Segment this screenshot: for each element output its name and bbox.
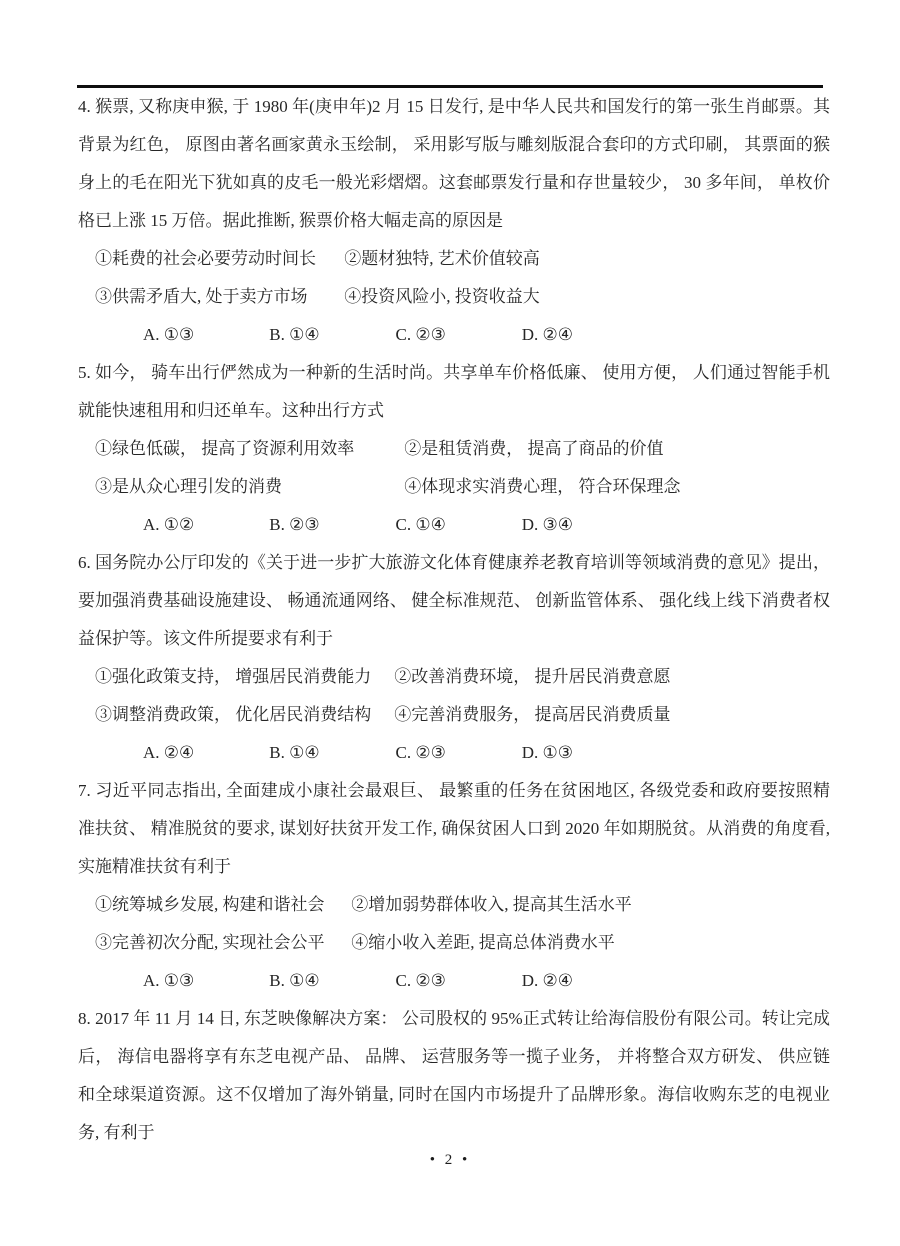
option-1: ①耗费的社会必要劳动时间长 [95, 240, 340, 278]
option-row: ③供需矛盾大, 处于卖方市场 ④投资风险小, 投资收益大 [78, 278, 830, 316]
page-number: • 2 • [0, 1152, 900, 1169]
option-row: ①统筹城乡发展, 构建和谐社会 ②增加弱势群体收入, 提高其生活水平 [78, 886, 830, 924]
answer-choice-b: B. ①④ [269, 316, 391, 354]
answer-row: A. ①② B. ②③ C. ①④ D. ③④ [78, 506, 830, 544]
page-body: 4. 猴票, 又称庚申猴, 于 1980 年(庚申年)2 月 15 日发行, 是… [78, 88, 830, 1152]
answer-choice-a: A. ①③ [143, 316, 265, 354]
answer-choice-b: B. ①④ [269, 734, 391, 772]
answer-choice-c: C. ②③ [396, 962, 518, 1000]
option-1: ①统筹城乡发展, 构建和谐社会 [95, 886, 347, 924]
option-3: ③完善初次分配, 实现社会公平 [95, 924, 347, 962]
option-row: ①耗费的社会必要劳动时间长 ②题材独特, 艺术价值较高 [78, 240, 830, 278]
option-4: ④完善消费服务， 提高居民消费质量 [394, 705, 670, 724]
exam-paper-page: 4. 猴票, 又称庚申猴, 于 1980 年(庚申年)2 月 15 日发行, 是… [0, 0, 900, 1246]
answer-choice-b: B. ①④ [269, 962, 391, 1000]
option-2: ②增加弱势群体收入, 提高其生活水平 [351, 895, 632, 914]
option-row: ①强化政策支持， 增强居民消费能力 ②改善消费环境， 提升居民消费意愿 [78, 658, 830, 696]
answer-row: A. ②④ B. ①④ C. ②③ D. ①③ [78, 734, 830, 772]
answer-row: A. ①③ B. ①④ C. ②③ D. ②④ [78, 316, 830, 354]
question-stem: 5. 如今， 骑车出行俨然成为一种新的生活时尚。共享单车价格低廉、 使用方便， … [78, 354, 830, 430]
question-stem: 4. 猴票, 又称庚申猴, 于 1980 年(庚申年)2 月 15 日发行, 是… [78, 88, 830, 240]
option-3: ③供需矛盾大, 处于卖方市场 [95, 278, 340, 316]
answer-choice-b: B. ②③ [269, 506, 391, 544]
answer-choice-c: C. ②③ [396, 734, 518, 772]
question-stem: 8. 2017 年 11 月 14 日, 东芝映像解决方案： 公司股权的 95%… [78, 1000, 830, 1152]
question-4: 4. 猴票, 又称庚申猴, 于 1980 年(庚申年)2 月 15 日发行, 是… [78, 88, 830, 354]
answer-choice-d: D. ②④ [522, 962, 644, 1000]
option-1: ①绿色低碳， 提高了资源利用效率 [95, 430, 400, 468]
question-6: 6. 国务院办公厅印发的《关于进一步扩大旅游文化体育健康养老教育培训等领域消费的… [78, 544, 830, 772]
option-2: ②是租赁消费， 提高了商品的价值 [404, 439, 663, 458]
option-1: ①强化政策支持， 增强居民消费能力 [95, 658, 390, 696]
answer-choice-a: A. ①② [143, 506, 265, 544]
answer-choice-d: D. ①③ [522, 734, 644, 772]
answer-choice-c: C. ①④ [396, 506, 518, 544]
question-stem: 6. 国务院办公厅印发的《关于进一步扩大旅游文化体育健康养老教育培训等领域消费的… [78, 544, 830, 658]
option-3: ③调整消费政策， 优化居民消费结构 [95, 696, 390, 734]
question-5: 5. 如今， 骑车出行俨然成为一种新的生活时尚。共享单车价格低廉、 使用方便， … [78, 354, 830, 544]
option-4: ④缩小收入差距, 提高总体消费水平 [351, 933, 615, 952]
option-row: ③调整消费政策， 优化居民消费结构 ④完善消费服务， 提高居民消费质量 [78, 696, 830, 734]
option-4: ④体现求实消费心理， 符合环保理念 [404, 477, 680, 496]
option-2: ②题材独特, 艺术价值较高 [344, 249, 540, 268]
option-row: ①绿色低碳， 提高了资源利用效率 ②是租赁消费， 提高了商品的价值 [78, 430, 830, 468]
answer-choice-a: A. ②④ [143, 734, 265, 772]
option-row: ③是从众心理引发的消费 ④体现求实消费心理， 符合环保理念 [78, 468, 830, 506]
option-4: ④投资风险小, 投资收益大 [344, 287, 540, 306]
answer-row: A. ①③ B. ①④ C. ②③ D. ②④ [78, 962, 830, 1000]
answer-choice-a: A. ①③ [143, 962, 265, 1000]
question-8: 8. 2017 年 11 月 14 日, 东芝映像解决方案： 公司股权的 95%… [78, 1000, 830, 1152]
question-7: 7. 习近平同志指出, 全面建成小康社会最艰巨、 最繁重的任务在贫困地区, 各级… [78, 772, 830, 1000]
option-2: ②改善消费环境， 提升居民消费意愿 [394, 667, 670, 686]
option-3: ③是从众心理引发的消费 [95, 468, 400, 506]
answer-choice-d: D. ②④ [522, 316, 644, 354]
question-stem: 7. 习近平同志指出, 全面建成小康社会最艰巨、 最繁重的任务在贫困地区, 各级… [78, 772, 830, 886]
option-row: ③完善初次分配, 实现社会公平 ④缩小收入差距, 提高总体消费水平 [78, 924, 830, 962]
answer-choice-d: D. ③④ [522, 506, 644, 544]
answer-choice-c: C. ②③ [396, 316, 518, 354]
